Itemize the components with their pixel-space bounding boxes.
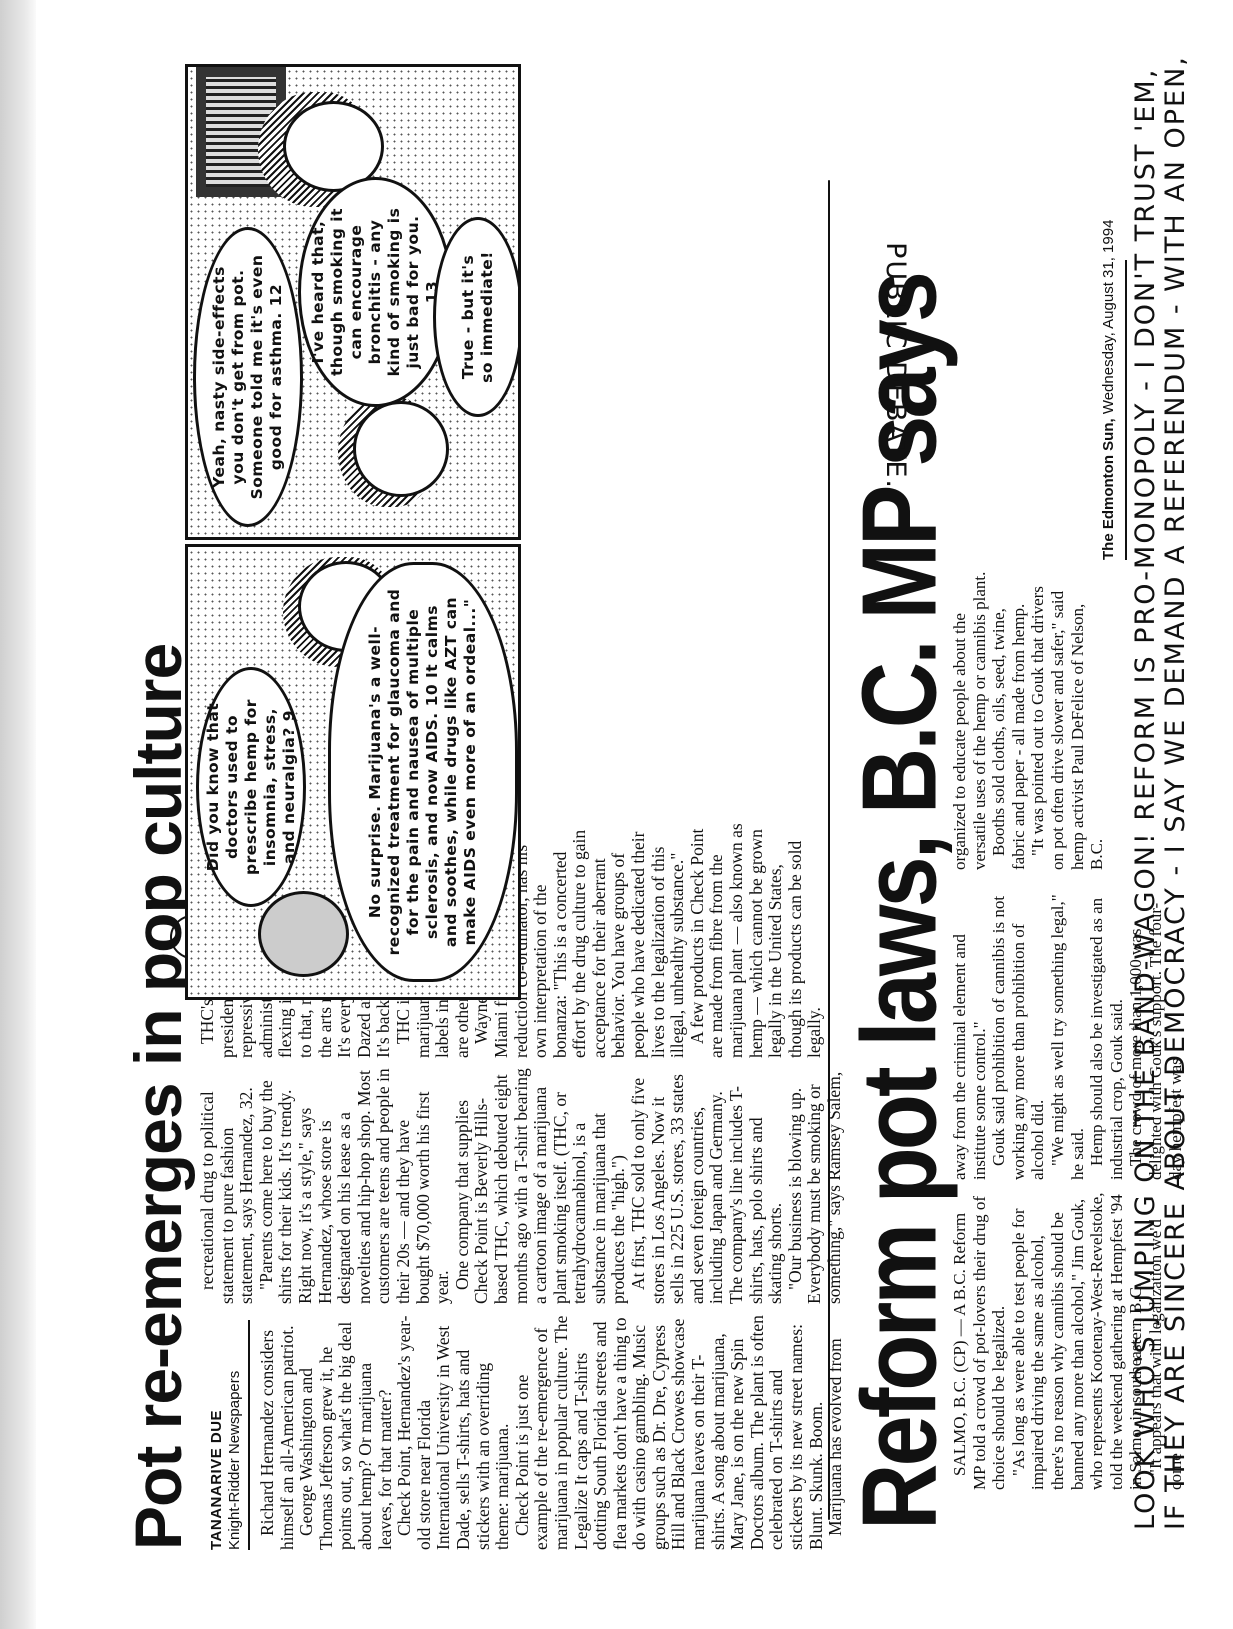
paragraph: Check Point is just one example of the r…	[513, 1314, 827, 1550]
paragraph: recreational drug to political statement…	[198, 1068, 257, 1304]
handwritten-note-line-1: LOOK WHO'S JUMPING ON THE BAND-WAGON! RE…	[1130, 68, 1161, 1530]
paragraph: "Our business is blowing up. Everybody m…	[786, 1068, 845, 1304]
paragraph: Booths sold cloths, oils, seed, twine, f…	[989, 570, 1028, 870]
paragraph: Gouk said prohibition of cannibis is not…	[989, 880, 1048, 1180]
byline-rule	[248, 1320, 250, 1550]
paragraph: "As long as were able to test people for…	[1009, 1190, 1146, 1490]
scan-binding-shadow	[0, 0, 36, 1629]
source-credit: The Edmonton Sun, Wednesday, August 31, …	[1100, 220, 1117, 560]
handwritten-note-public-debate: PUBLIC DEBATE.	[880, 242, 911, 490]
paragraph: Check Point, Hernandez's year-old store …	[395, 1314, 513, 1550]
article1-column-2: recreational drug to political statement…	[198, 1068, 845, 1304]
comic-panel-2: Did you know that doctors used to prescr…	[185, 544, 521, 1000]
paragraph: A few products in Check Point are made f…	[688, 822, 825, 1058]
paragraph: "We might as well try something legal," …	[1048, 880, 1087, 1180]
paragraph: Hemp should also be investigated as an i…	[1087, 880, 1126, 1180]
speech-bubble: True - but it's so immediate!	[433, 217, 521, 417]
article2-column-3: organized to educate people about the ve…	[950, 570, 1107, 870]
speech-bubble: Yeah, nasty side-effects you don't get f…	[193, 227, 303, 527]
speech-bubble: I've heard that, though smoking it can e…	[298, 177, 453, 407]
source-date: Wednesday, August 31, 1994	[1100, 220, 1117, 415]
byline-org: Knight-Ridder Newspapers	[226, 1320, 244, 1550]
paragraph: At first, THC sold to only five stores i…	[629, 1068, 786, 1304]
paragraph: "Parents come here to buy the shirts for…	[257, 1068, 453, 1304]
speech-bubble: Did you know that doctors used to prescr…	[196, 667, 306, 907]
paragraph: "It was pointed out to Gouk that drivers…	[1028, 570, 1106, 870]
paragraph: George Washington and Thomas Jefferson g…	[297, 1314, 395, 1550]
paragraph: Richard Hernandez considers himself an a…	[258, 1314, 297, 1550]
speech-bubble: No surprise. Marijuana's a well-recogniz…	[328, 562, 518, 982]
handwritten-note-line-2: IF THEY ARE SINCERE ABOUT DEMOCRACY - I …	[1160, 55, 1191, 1530]
byline-author: TANANARIVE DUE	[208, 1410, 225, 1550]
source-paper: The Edmonton Sun,	[1100, 418, 1117, 560]
rotated-clipping-page: Pot re-emerges in pop culture TANANARIVE…	[80, 60, 1180, 1560]
article1-column-1: Richard Hernandez considers himself an a…	[258, 1314, 846, 1550]
article1-byline: TANANARIVE DUE Knight-Ridder Newspapers	[208, 1320, 244, 1550]
source-rule	[1125, 260, 1127, 560]
comic-panel-1: Yeah, nasty side-effects you don't get f…	[185, 64, 521, 540]
character-face-man	[258, 891, 349, 977]
character-face-glasses	[353, 401, 449, 497]
paragraph: organized to educate people about the ve…	[950, 570, 989, 870]
paragraph: away from the criminal element and insti…	[950, 880, 989, 1180]
article-divider-line	[828, 180, 830, 1520]
paragraph: SALMO, B.C. (CP) — A B.C. Reform MP told…	[950, 1190, 1009, 1490]
paragraph: One company that supplies Check Point is…	[453, 1068, 629, 1304]
